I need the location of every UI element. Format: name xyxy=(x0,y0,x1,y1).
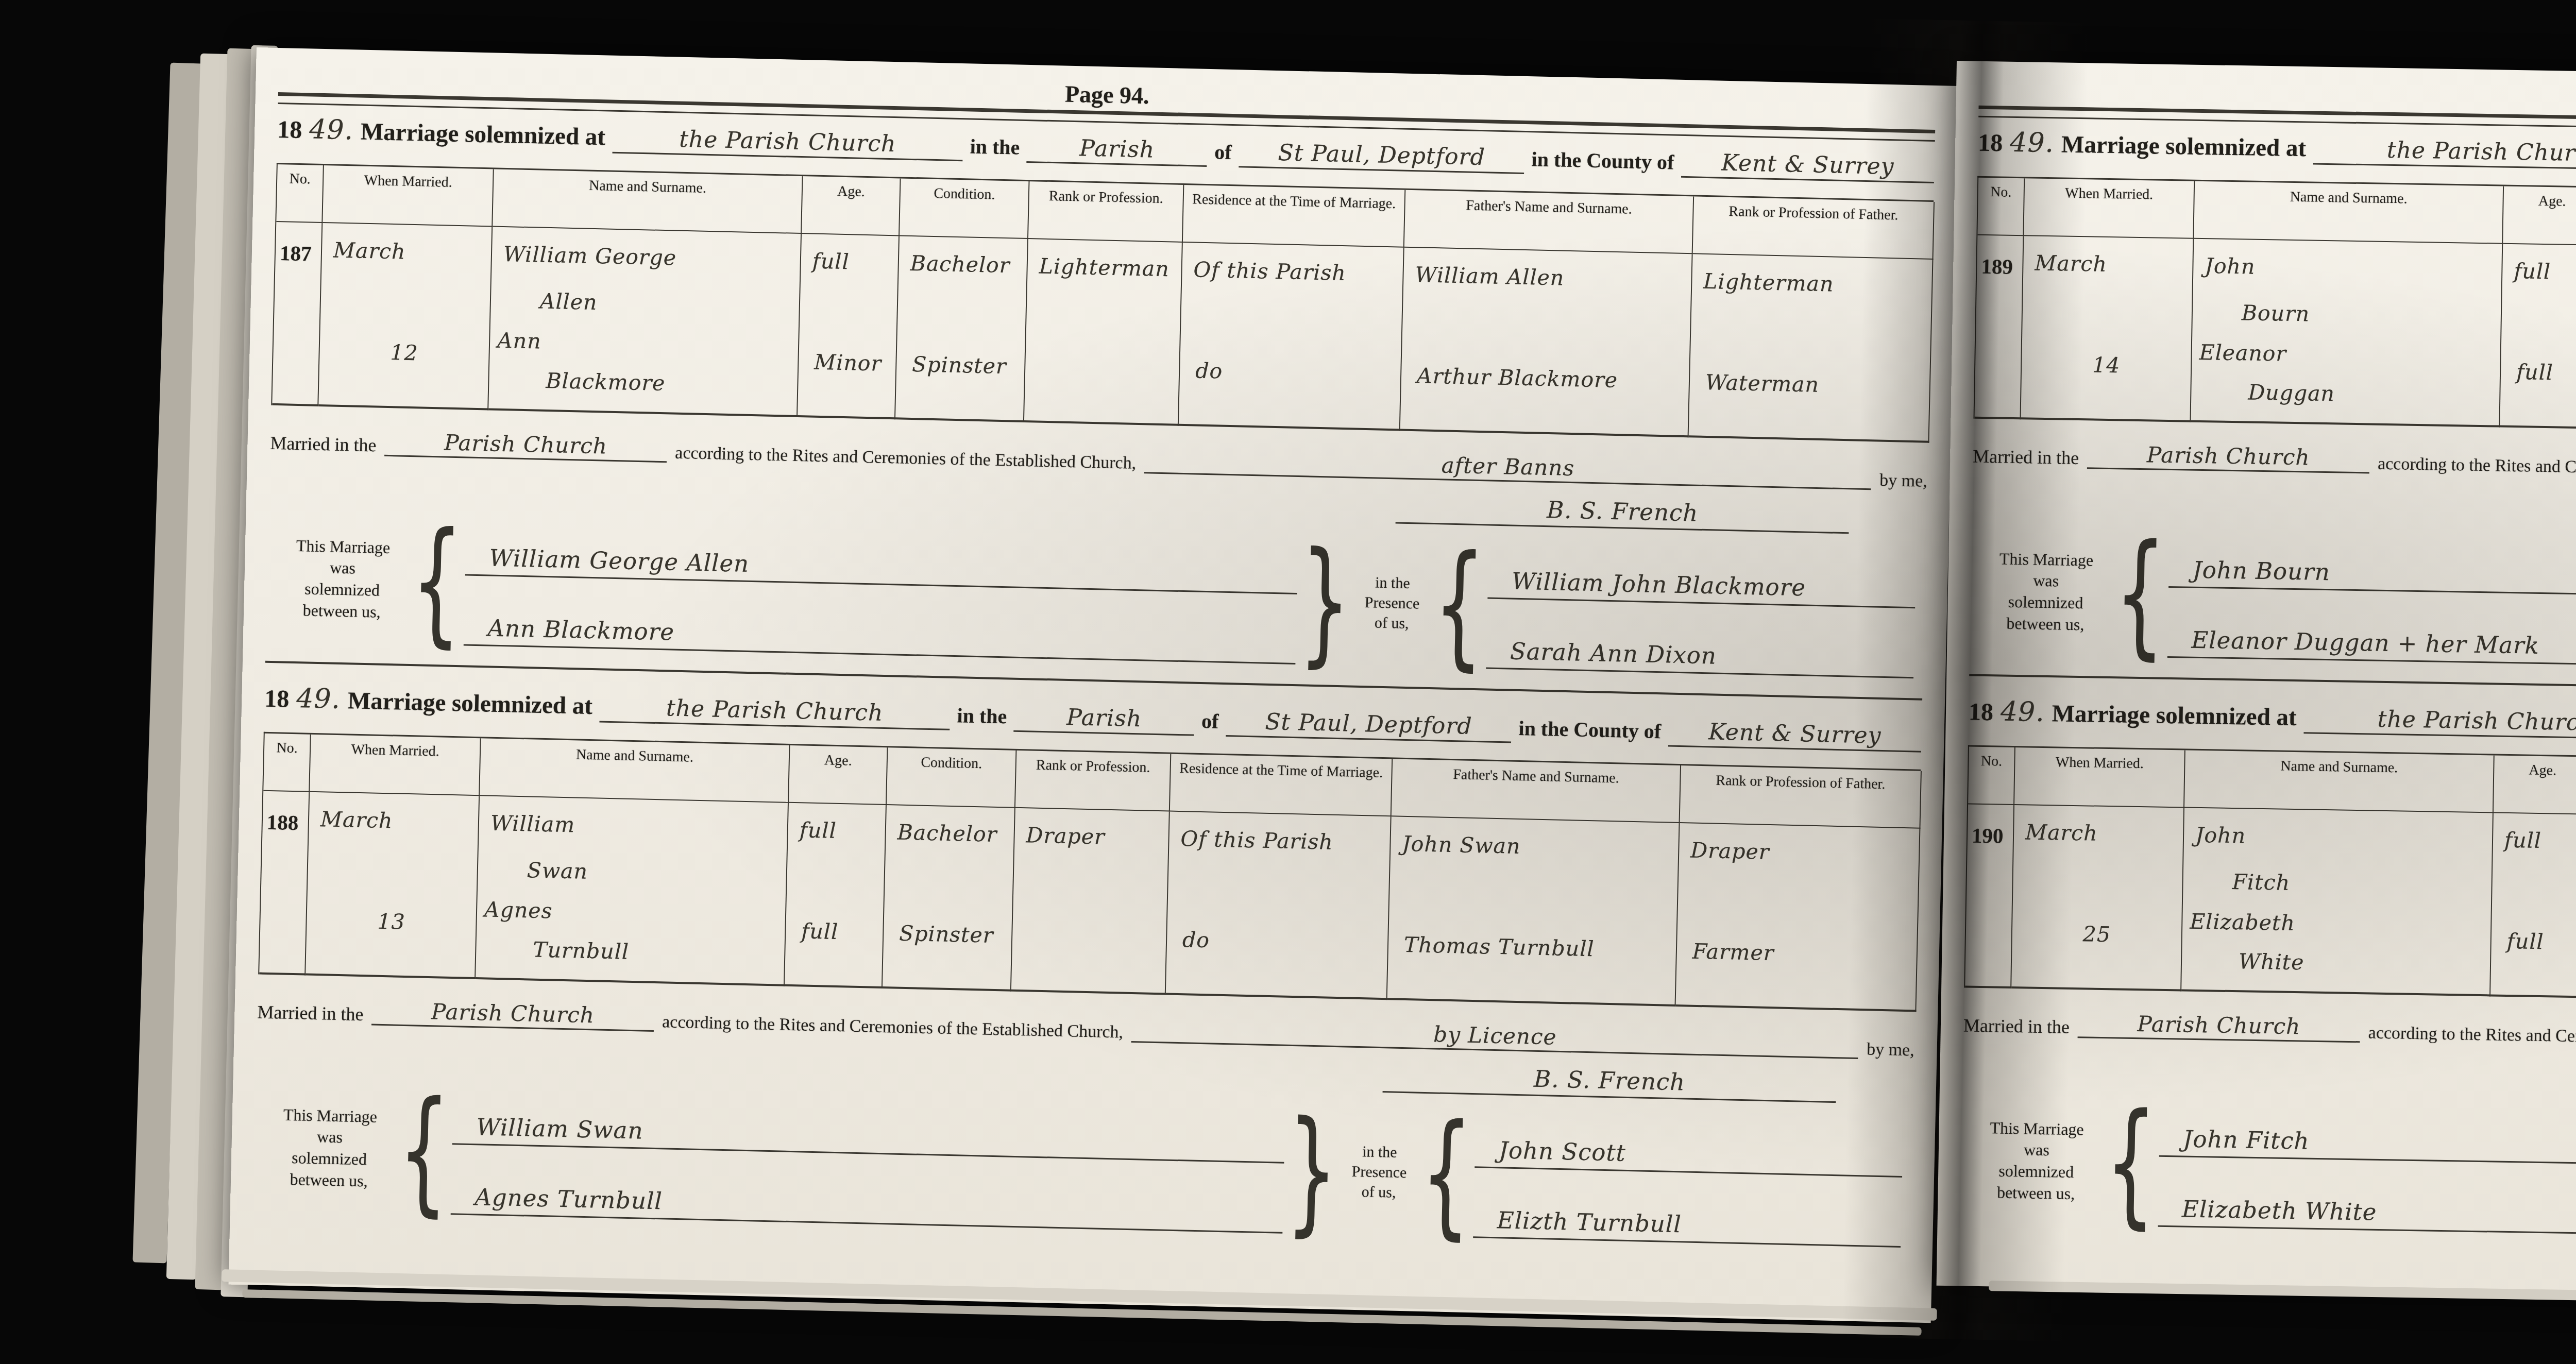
place-handwritten: the Parish Church xyxy=(2303,705,2576,740)
year-handwritten: 49. xyxy=(309,114,354,146)
register-table: No. When Married. Name and Surname. Age.… xyxy=(1964,745,2576,1016)
col-header-condition: Condition. xyxy=(887,747,1016,808)
cell-when-married: March14 xyxy=(2021,236,2194,422)
cell-when-married: March12 xyxy=(318,223,493,410)
place-handwritten: the Parish Church xyxy=(2313,136,2576,171)
solemnized-block: This Marriagewassolemnizedbetween us, { … xyxy=(1960,1083,2576,1264)
cell-no: 190 xyxy=(1965,805,2014,988)
col-header-age: Age. xyxy=(2503,186,2576,246)
bride-signature-line: Eleanor Duggan + her Mark xyxy=(2167,600,2576,672)
cell-rank: Draper xyxy=(1011,808,1170,995)
married-place-handwritten: Parish Church xyxy=(2087,441,2370,473)
year-handwritten: 49. xyxy=(296,683,341,715)
bride-signature-line: Agnes Turnbull xyxy=(451,1157,1284,1234)
col-header-when-married: When Married. xyxy=(2024,178,2195,238)
col-header-father-rank: Rank or Profession of Father. xyxy=(1680,765,1922,829)
left-brace: { xyxy=(2115,1069,2146,1256)
col-header-rank: Rank or Profession. xyxy=(1015,751,1171,812)
solemnized-label: This Marriagewassolemnizedbetween us, xyxy=(1969,515,2122,670)
cell-age: fullfull xyxy=(785,803,887,988)
form-title: Marriage solemnized at xyxy=(2061,130,2307,162)
left-brace: { xyxy=(2125,500,2155,687)
year-printed: 18 xyxy=(264,685,290,713)
parish-handwritten: Parish xyxy=(1027,134,1208,167)
col-header-no: No. xyxy=(276,164,324,223)
bride-signature-line: Ann Blackmore xyxy=(464,588,1297,664)
groom-signature-line: William Swan xyxy=(452,1087,1285,1164)
parish-handwritten: Parish xyxy=(1014,703,1195,736)
cell-no: 187 xyxy=(272,222,323,406)
parish-name-handwritten: St Paul, Deptford xyxy=(1239,139,1524,174)
form-by-me: by me, xyxy=(1879,471,1927,491)
col-header-father-name: Father's Name and Surname. xyxy=(1392,759,1681,823)
col-header-when-married: When Married. xyxy=(310,735,481,796)
register-table: No. When Married. Name and Surname. Age.… xyxy=(1973,176,2576,447)
couple-signatures: John Fitch Elizabeth White xyxy=(2148,1087,2576,1254)
col-header-name: Name and Surname. xyxy=(2184,751,2495,813)
witness-signatures: John Scott Elizth Turnbull xyxy=(1464,1098,1913,1260)
register-table: No. When Married. Name and Surname. Age.… xyxy=(258,732,1921,1012)
scan-background: Page 94. 1849. Marriage solemnized at th… xyxy=(0,0,2576,1364)
witness2-signature-line: Sarah Ann Dixon xyxy=(1486,611,1914,678)
cell-father-name: John SwanThomas Turnbull xyxy=(1387,816,1680,1007)
form-of: of xyxy=(1214,140,1232,164)
groom-signature-line: John Bourn xyxy=(2168,530,2576,602)
left-brace: { xyxy=(421,488,452,674)
witness-signatures: William John Blackmore Sarah Ann Dixon xyxy=(1477,528,1926,691)
couple-signatures: William Swan Agnes Turnbull xyxy=(441,1075,1295,1246)
witness-brace: { xyxy=(1430,1080,1462,1267)
form-in-the: in the xyxy=(970,134,1020,159)
presence-label: in thePresenceof us, xyxy=(1330,1095,1429,1249)
cell-rank: Lighterman xyxy=(1024,239,1183,426)
cell-when-married: March25 xyxy=(2011,805,2184,991)
col-header-name: Name and Surname. xyxy=(2194,181,2504,244)
col-header-when-married: When Married. xyxy=(2014,747,2185,808)
left-brace: { xyxy=(408,1057,439,1243)
form-title: Marriage solemnized at xyxy=(347,687,592,720)
cell-residence: Of this Parishdo xyxy=(1179,243,1404,431)
col-header-rank: Rank or Profession. xyxy=(1028,181,1184,243)
form-married-in-the: Married in the xyxy=(257,1001,364,1026)
col-header-father-name: Father's Name and Surname. xyxy=(1404,190,1694,254)
register-block-190: 1849. Marriage solemnized at the Parish … xyxy=(1960,692,2576,1265)
cell-names: JohnBournEleanorDuggan xyxy=(2191,239,2503,428)
cell-condition: BachelorSpinster xyxy=(895,236,1028,422)
form-county: in the County of xyxy=(1518,716,1662,743)
form-title: Marriage solemnized at xyxy=(360,118,605,151)
presence-label: in thePresenceof us, xyxy=(1343,525,1442,680)
register-block-189: 1849. Marriage solemnized at the Parish … xyxy=(1969,123,2576,705)
col-header-age: Age. xyxy=(802,176,901,236)
register-page-right: Page 95. 1849. Marriage solemnized at th… xyxy=(1937,61,2576,1315)
col-header-condition: Condition. xyxy=(900,178,1029,239)
col-header-no: No. xyxy=(1968,747,2015,805)
year-printed: 18 xyxy=(1969,698,1994,727)
form-by-me: by me, xyxy=(1867,1039,1914,1060)
couple-signatures: John Bourn Eleanor Duggan + her Mark xyxy=(2158,518,2576,685)
form-title: Marriage solemnized at xyxy=(2052,700,2297,731)
col-header-name: Name and Surname. xyxy=(480,738,790,803)
parish-name-handwritten: St Paul, Deptford xyxy=(1226,708,1512,743)
cell-residence: Of this Parishdo xyxy=(1166,812,1392,1000)
solemnized-label: This Marriagewassolemnizedbetween us, xyxy=(1960,1083,2113,1238)
cell-father-rank: DraperFarmer xyxy=(1675,823,1920,1012)
county-handwritten: Kent & Surrey xyxy=(1668,718,1922,753)
married-place-handwritten: Parish Church xyxy=(2078,1010,2361,1043)
groom-signature-line: William George Allen xyxy=(465,518,1298,594)
couple-signatures: William George Allen Ann Blackmore xyxy=(454,505,1308,677)
cell-age: fullfull xyxy=(2490,813,2576,998)
witness2-signature-line: Elizth Turnbull xyxy=(1473,1180,1902,1248)
col-header-name: Name and Surname. xyxy=(493,169,803,234)
solemnized-block: This Marriagewassolemnizedbetween us, { … xyxy=(1969,515,2576,695)
col-header-age: Age. xyxy=(789,745,888,805)
solemnized-label: This Marriagewassolemnizedbetween us, xyxy=(265,501,419,657)
col-header-age: Age. xyxy=(2494,755,2576,814)
cell-father-name: William AllenArthur Blackmore xyxy=(1400,248,1693,438)
col-header-no: No. xyxy=(263,734,311,792)
cell-no: 189 xyxy=(1974,235,2024,419)
year-printed: 18 xyxy=(277,115,302,144)
register-table: No. When Married. Name and Surname. Age.… xyxy=(271,163,1934,443)
witness1-signature-line: William John Blackmore xyxy=(1487,541,1916,609)
form-county: in the County of xyxy=(1531,147,1674,174)
col-header-residence: Residence at the Time of Marriage. xyxy=(1170,754,1393,817)
form-in-the: in the xyxy=(957,703,1007,728)
register-block-187: 1849. Marriage solemnized at the Parish … xyxy=(265,109,1935,701)
col-header-father-rank: Rank or Profession of Father. xyxy=(1693,196,1935,260)
year-printed: 18 xyxy=(1978,129,2003,158)
witness-brace: { xyxy=(1443,511,1475,697)
col-header-no: No. xyxy=(1977,178,2025,236)
cell-names: JohnFitchElizabethWhite xyxy=(2181,808,2494,997)
cell-no: 188 xyxy=(259,791,310,976)
year-handwritten: 49. xyxy=(2010,127,2055,159)
cell-father-rank: LightermanWaterman xyxy=(1689,254,1934,443)
cell-age: fullMinor xyxy=(798,234,900,419)
register-block-188: 1849. Marriage solemnized at the Parish … xyxy=(252,678,1922,1260)
right-brace: } xyxy=(1309,508,1341,694)
col-header-when-married: When Married. xyxy=(323,165,494,227)
right-brace: } xyxy=(1296,1077,1328,1264)
county-handwritten: Kent & Surrey xyxy=(1681,149,1935,183)
cell-condition: BachelorSpinster xyxy=(883,805,1015,992)
cell-age: fullfull xyxy=(2500,244,2576,429)
place-handwritten: the Parish Church xyxy=(599,693,950,730)
form-married-in-the: Married in the xyxy=(1963,1014,2070,1037)
solemnized-label: This Marriagewassolemnizedbetween us, xyxy=(252,1070,406,1226)
year-handwritten: 49. xyxy=(2001,696,2045,728)
groom-signature-line: John Fitch xyxy=(2159,1099,2576,1171)
col-header-residence: Residence at the Time of Marriage. xyxy=(1183,185,1405,248)
cell-when-married: March13 xyxy=(306,792,480,979)
witness1-signature-line: John Scott xyxy=(1475,1110,1903,1178)
place-handwritten: the Parish Church xyxy=(612,125,963,161)
register-page-left: Page 94. 1849. Marriage solemnized at th… xyxy=(229,47,1959,1323)
form-married-in-the: Married in the xyxy=(270,432,377,456)
bride-signature-line: Elizabeth White xyxy=(2158,1169,2576,1241)
cell-names: William GeorgeAllenAnnBlackmore xyxy=(488,227,802,417)
cell-names: WilliamSwanAgnesTurnbull xyxy=(476,796,789,986)
form-married-in-the: Married in the xyxy=(1973,446,2079,469)
form-of: of xyxy=(1201,709,1219,734)
